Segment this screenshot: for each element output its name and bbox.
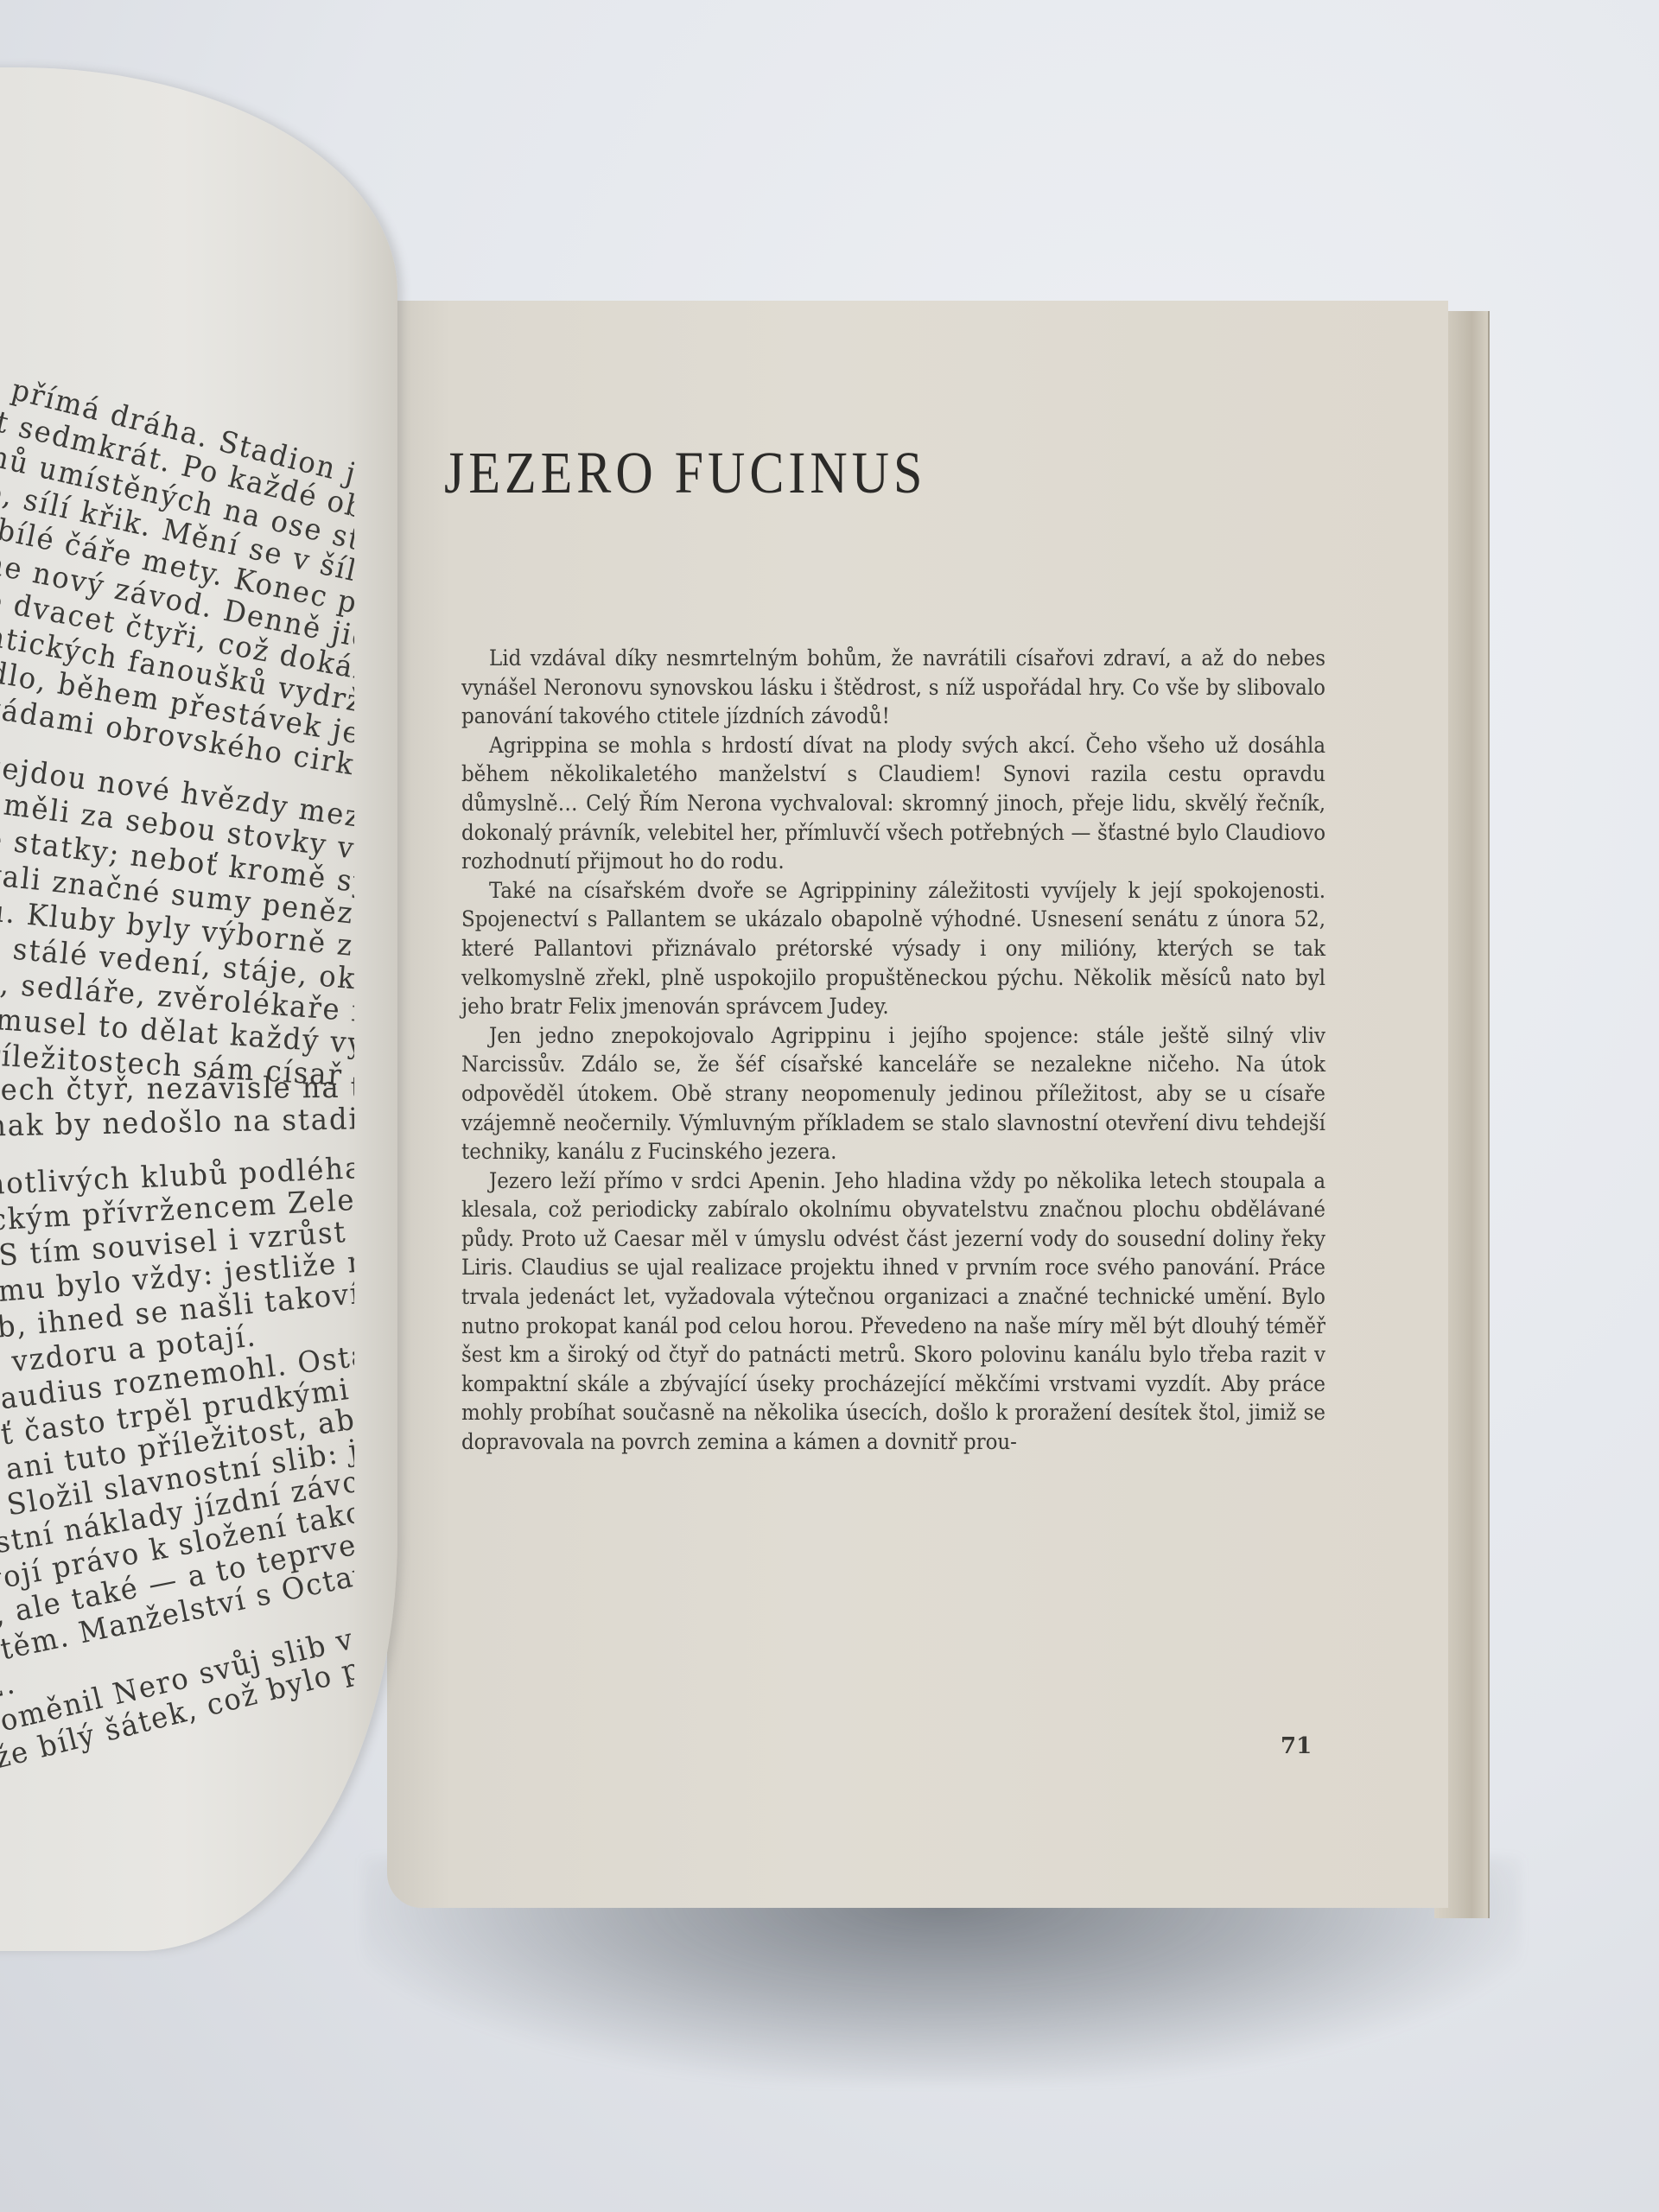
left-page-line: všech čtyř, nezávisle na tom: [0, 1070, 354, 1108]
paragraph: Jezero leží přímo v srdci Apenin. Jeho h…: [461, 1167, 1325, 1458]
paragraph: Agrippina se mohla s hrdostí dívat na pl…: [461, 732, 1325, 877]
left-page: se přímá dráha. Stadion jejet sedmkrát. …: [0, 67, 397, 1951]
paragraph: Také na císařském dvoře se Agrippininy z…: [461, 877, 1325, 1022]
left-page-line: jinak by nedošlo na stadiu k: [0, 1101, 354, 1144]
left-page-text: se přímá dráha. Stadion jejet sedmkrát. …: [0, 327, 354, 1847]
paragraph: Lid vzdával díky nesmrtelným bohům, že n…: [461, 645, 1325, 732]
photo-scene: JEZERO FUCINUS Lid vzdával díky nesmrtel…: [0, 0, 1659, 2212]
paragraph: Jen jedno znepokojovalo Agrippinu i její…: [461, 1022, 1325, 1167]
page-body: Lid vzdával díky nesmrtelným bohům, že n…: [461, 645, 1325, 1458]
chapter-title: JEZERO FUCINUS: [444, 439, 926, 507]
page-number: 71: [1281, 1733, 1312, 1759]
right-page: JEZERO FUCINUS Lid vzdával díky nesmrtel…: [387, 301, 1448, 1908]
